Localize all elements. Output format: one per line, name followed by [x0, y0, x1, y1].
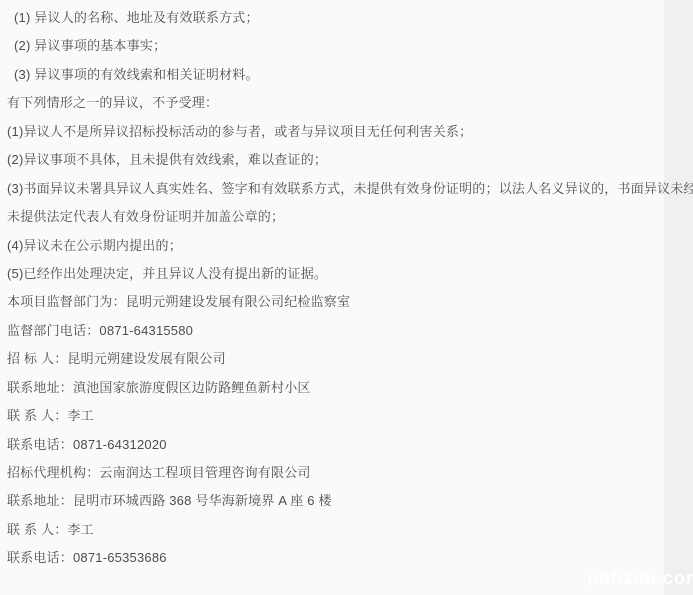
- rejection-item-3: (3)书面异议未署具异议人真实姓名、签字和有效联系方式，未提供有效身份证明的；以…: [7, 175, 657, 203]
- agency-contact-line: 联 系 人：李工: [7, 516, 657, 544]
- rejection-item-4: (4)异议未在公示期内提出的；: [7, 232, 657, 260]
- site-watermark: puhzuu.com: [587, 568, 693, 589]
- rejection-intro: 有下列情形之一的异议，不予受理：: [7, 89, 657, 117]
- agency-address-line: 联系地址：昆明市环城西路 368 号华海新境界 A 座 6 楼: [7, 487, 657, 515]
- agency-name-line: 招标代理机构：云南润达工程项目管理咨询有限公司: [7, 459, 657, 487]
- tenderer-name-line: 招 标 人：昆明元朔建设发展有限公司: [7, 345, 657, 373]
- tenderer-phone-line: 联系电话：0871-64312020: [7, 431, 657, 459]
- rejection-item-3-continued: 未提供法定代表人有效身份证明并加盖公章的；: [7, 203, 657, 231]
- objection-required-item-2: (2) 异议事项的基本事实；: [7, 32, 657, 60]
- document-body: (1) 异议人的名称、地址及有效联系方式； (2) 异议事项的基本事实； (3)…: [7, 4, 657, 573]
- page-right-gutter: [664, 0, 693, 595]
- rejection-item-1: (1)异议人不是所异议招标投标活动的参与者，或者与异议项目无任何利害关系；: [7, 118, 657, 146]
- tenderer-contact-line: 联 系 人：李工: [7, 402, 657, 430]
- supervision-phone-line: 监督部门电话：0871-64315580: [7, 317, 657, 345]
- agency-phone-line: 联系电话：0871-65353686: [7, 544, 657, 572]
- objection-required-item-3: (3) 异议事项的有效线索和相关证明材料。: [7, 61, 657, 89]
- objection-required-item-1: (1) 异议人的名称、地址及有效联系方式；: [7, 4, 657, 32]
- supervision-department-line: 本项目监督部门为：昆明元朔建设发展有限公司纪检监察室: [7, 288, 657, 316]
- tenderer-address-line: 联系地址：滇池国家旅游度假区边防路鲤鱼新村小区: [7, 374, 657, 402]
- rejection-item-2: (2)异议事项不具体，且未提供有效线索，难以查证的；: [7, 146, 657, 174]
- rejection-item-5: (5)已经作出处理决定，并且异议人没有提出新的证据。: [7, 260, 657, 288]
